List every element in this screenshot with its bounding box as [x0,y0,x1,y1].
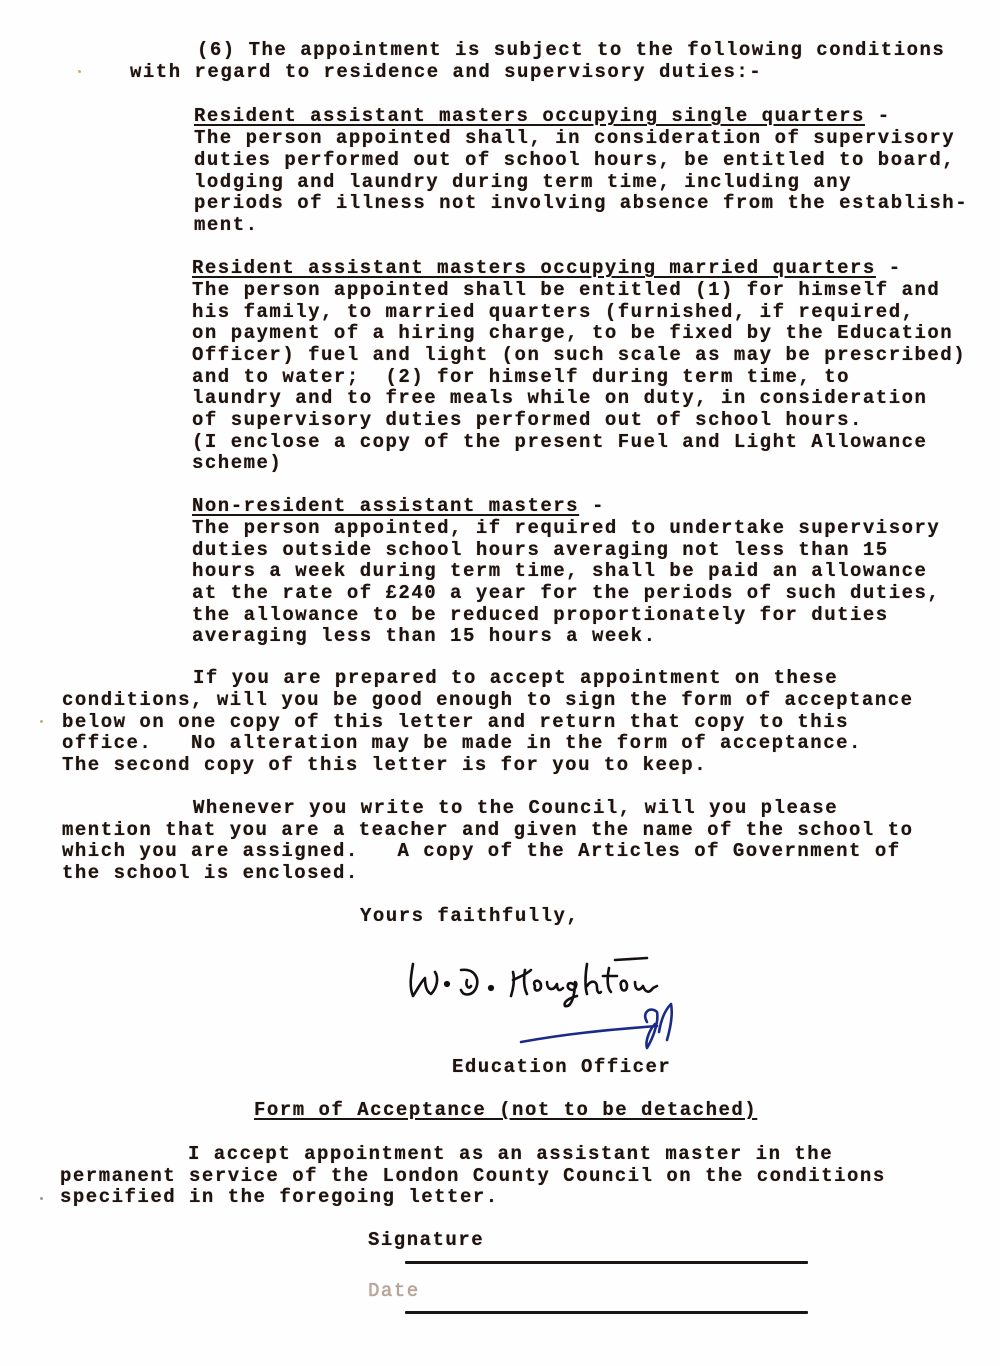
letter-page: (6) The appointment is subject to the fo… [0,0,1000,1366]
date-line-field[interactable] [405,1311,808,1314]
section-line: of supervisory duties performed out of s… [192,410,863,432]
section-line: the allowance to be reduced proportionat… [192,605,889,627]
condition-intro-line-2: with regard to residence and supervisory… [130,62,762,84]
handwritten-signature [395,950,715,1055]
scan-speck [40,1197,43,1200]
scan-speck [78,70,81,73]
form-heading: Form of Acceptance (not to be detached) [254,1100,757,1122]
paragraph-line: Whenever you write to the Council, will … [193,798,838,820]
paragraph-line: The second copy of this letter is for yo… [62,755,707,777]
section-heading-text: Resident assistant masters occupying mar… [192,257,876,279]
scan-speck [40,720,43,723]
signature-label: Signature [368,1230,484,1252]
section-line: ment. [194,215,259,237]
section-line: on payment of a hiring charge, to be fix… [192,323,953,345]
section-line: hours a week during term time, shall be … [192,561,927,583]
form-statement-line: permanent service of the London County C… [60,1166,886,1188]
heading-dash: - [876,257,902,279]
section-line: The person appointed, if required to und… [192,518,940,540]
section-line: duties performed out of school hours, be… [194,150,955,172]
section-line: The person appointed shall be entitled (… [192,280,940,302]
section-heading-single-quarters: Resident assistant masters occupying sin… [194,106,891,128]
section-line: his family, to married quarters (furnish… [192,302,915,324]
section-line: periods of illness not involving absence… [194,193,968,215]
form-heading-text: Form of Acceptance (not to be detached) [254,1099,757,1121]
section-line: The person appointed shall, in considera… [194,128,955,150]
section-line: averaging less than 15 hours a week. [192,626,656,648]
closing-salutation: Yours faithfully, [360,906,579,928]
paragraph-line: If you are prepared to accept appointmen… [193,668,838,690]
section-heading-non-resident: Non-resident assistant masters - [192,496,605,518]
signature-line-field[interactable] [405,1261,808,1264]
section-line: and to water; (2) for himself during ter… [192,367,850,389]
paragraph-line: office. No alteration may be made in the… [62,733,862,755]
section-heading-married-quarters: Resident assistant masters occupying mar… [192,258,902,280]
section-line: laundry and to free meals while on duty,… [192,388,927,410]
heading-dash: - [865,105,891,127]
condition-intro-line-1: (6) The appointment is subject to the fo… [197,40,945,62]
paragraph-line: the school is enclosed. [62,863,359,885]
paragraph-line: mention that you are a teacher and given… [62,820,914,842]
heading-dash: - [579,495,605,517]
paragraph-line: conditions, will you be good enough to s… [62,690,914,712]
section-line: duties outside school hours averaging no… [192,540,889,562]
section-heading-text: Non-resident assistant masters [192,495,579,517]
paragraph-line: below on one copy of this letter and ret… [62,712,849,734]
section-heading-text: Resident assistant masters occupying sin… [194,105,865,127]
form-statement-line: I accept appointment as an assistant mas… [188,1144,833,1166]
section-line: (I enclose a copy of the present Fuel an… [192,432,927,454]
form-statement-line: specified in the foregoing letter. [60,1187,499,1209]
section-line: scheme) [192,453,282,475]
section-line: Officer) fuel and light (on such scale a… [192,345,966,367]
section-line: lodging and laundry during term time, in… [194,172,852,194]
date-label: Date [368,1281,420,1303]
signature-scrawl-icon [395,950,715,1055]
section-line: at the rate of £240 a year for the perio… [192,583,940,605]
paragraph-line: which you are assigned. A copy of the Ar… [62,841,901,863]
signatory-title: Education Officer [452,1057,671,1079]
